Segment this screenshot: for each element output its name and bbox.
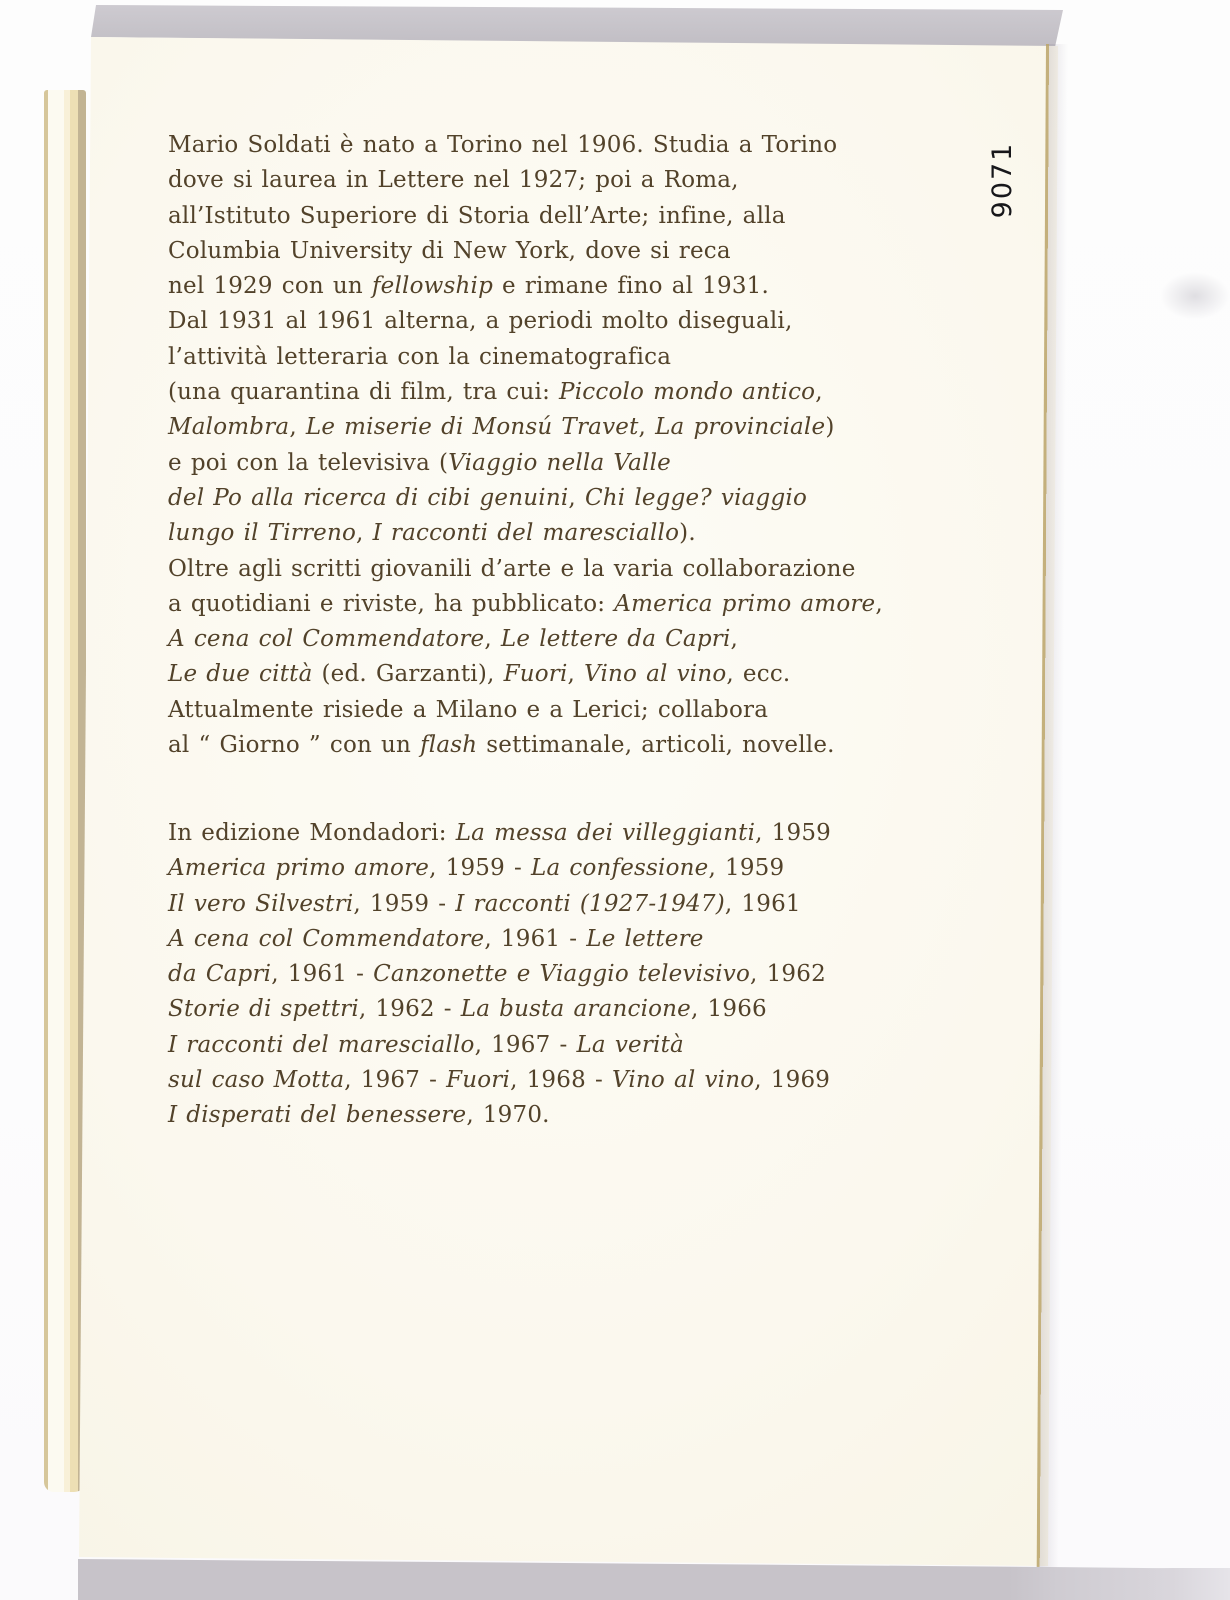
text-line: Dal 1931 al 1961 alterna, a periodi molt… <box>168 304 883 339</box>
text-line: In edizione Mondadori: La messa dei vill… <box>168 816 831 851</box>
text-line: I disperati del benessere, 1970. <box>168 1098 831 1133</box>
text-line: a quotidiani e riviste, ha pubblicato: A… <box>168 587 883 622</box>
text-line: dove si laurea in Lettere nel 1927; poi … <box>168 163 883 198</box>
text-line: e poi con la televisiva (Viaggio nella V… <box>168 446 883 481</box>
text-line: A cena col Commendatore, Le lettere da C… <box>168 622 883 657</box>
text-line: Mario Soldati è nato a Torino nel 1906. … <box>168 128 883 163</box>
text-line: all’Istituto Superiore di Storia dell’Ar… <box>168 199 883 234</box>
text-line: America primo amore, 1959 - La confessio… <box>168 851 831 886</box>
text-line: da Capri, 1961 - Canzonette e Viaggio te… <box>168 957 831 992</box>
scanned-book-page: Mario Soldati è nato a Torino nel 1906. … <box>0 0 1230 1600</box>
text-line: lungo il Tirreno, I racconti del maresci… <box>168 516 883 551</box>
book-spine-page-edges <box>44 90 86 1492</box>
editions-list-paragraph: In edizione Mondadori: La messa dei vill… <box>168 816 831 1134</box>
text-line: (una quarantina di film, tra cui: Piccol… <box>168 375 883 410</box>
text-line: A cena col Commendatore, 1961 - Le lette… <box>168 922 831 957</box>
text-line: Attualmente risiede a Milano e a Lerici;… <box>168 693 883 728</box>
text-line: l’attività letteraria con la cinematogra… <box>168 340 883 375</box>
biography-paragraph: Mario Soldati è nato a Torino nel 1906. … <box>168 128 883 763</box>
text-line: I racconti del maresciallo, 1967 - La ve… <box>168 1028 831 1063</box>
text-line: Storie di spettri, 1962 - La busta aranc… <box>168 992 831 1027</box>
scanner-background-bottom-right <box>1148 1568 1230 1600</box>
scan-smudge <box>1160 272 1230 320</box>
text-line: Columbia University di New York, dove si… <box>168 234 883 269</box>
text-line: Le due città (ed. Garzanti), Fuori, Vino… <box>168 657 883 692</box>
text-line: al “ Giorno ” con un flash settimanale, … <box>168 728 883 763</box>
text-line: sul caso Motta, 1967 - Fuori, 1968 - Vin… <box>168 1063 831 1098</box>
text-line: del Po alla ricerca di cibi genuini, Chi… <box>168 481 883 516</box>
stamp-number: 9071 <box>988 135 1018 225</box>
text-line: nel 1929 con un fellowship e rimane fino… <box>168 269 883 304</box>
text-line: Malombra, Le miserie di Monsú Travet, La… <box>168 410 883 445</box>
text-line: Il vero Silvestri, 1959 - I racconti (19… <box>168 887 831 922</box>
text-line: Oltre agli scritti giovanili d’arte e la… <box>168 552 883 587</box>
